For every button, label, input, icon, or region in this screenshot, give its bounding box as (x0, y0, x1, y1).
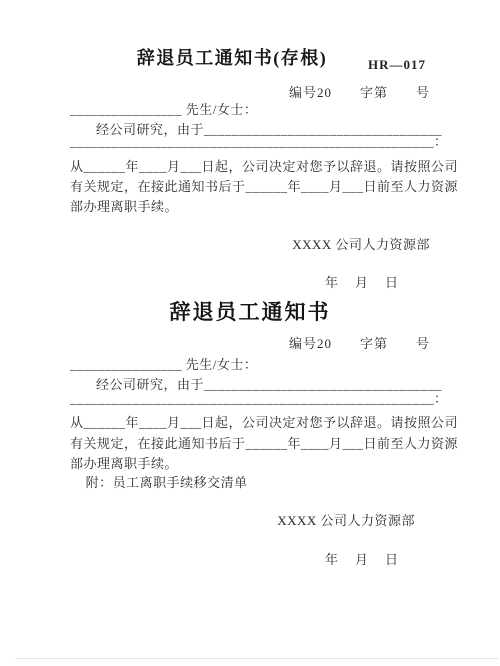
notice-body-line-3: 部办理离职手续。 (70, 455, 430, 472)
stub-reason-rule-line: ________________________________________… (70, 133, 430, 150)
notice-body-line-1: 从______年____月___日起，公司决定对您予以辞退。请按照公司 (70, 414, 430, 431)
dismissal-notice-document: 辞退员工通知书(存根) HR—017 编号20 字第 号 ___________… (0, 0, 500, 666)
bottom-divider (15, 658, 498, 659)
stub-body-line-1: 从______年____月___日起，公司决定对您予以辞退。请按照公司 (70, 158, 430, 175)
notice-body-line-2: 有关规定，在接此通知书后于______年____月___日前至人力资源 (70, 435, 430, 452)
form-code: HR—017 (368, 57, 426, 73)
notice-serial-number-line: 编号20 字第 号 (70, 335, 430, 352)
stub-body-line-3: 部办理离职手续。 (70, 198, 430, 215)
stub-signer: XXXX 公司人力资源部 (70, 236, 430, 253)
notice-reason-rule-line: ________________________________________… (70, 390, 430, 407)
stub-serial-number-line: 编号20 字第 号 (70, 84, 430, 101)
stub-date-line: 年 月 日 (70, 274, 430, 291)
stub-salutation-line: ________________ 先生/女士： (70, 101, 430, 118)
notice-date-line: 年 月 日 (70, 551, 430, 568)
notice-signer: XXXX 公司人力资源部 (70, 512, 430, 529)
notice-salutation-line: ________________ 先生/女士： (70, 356, 430, 373)
notice-attachment-line: 附：员工离职手续移交清单 (70, 474, 430, 491)
notice-title: 辞退员工通知书 (70, 304, 430, 321)
stub-body-line-2: 有关规定，在接此通知书后于______年____月___日前至人力资源 (70, 178, 430, 195)
